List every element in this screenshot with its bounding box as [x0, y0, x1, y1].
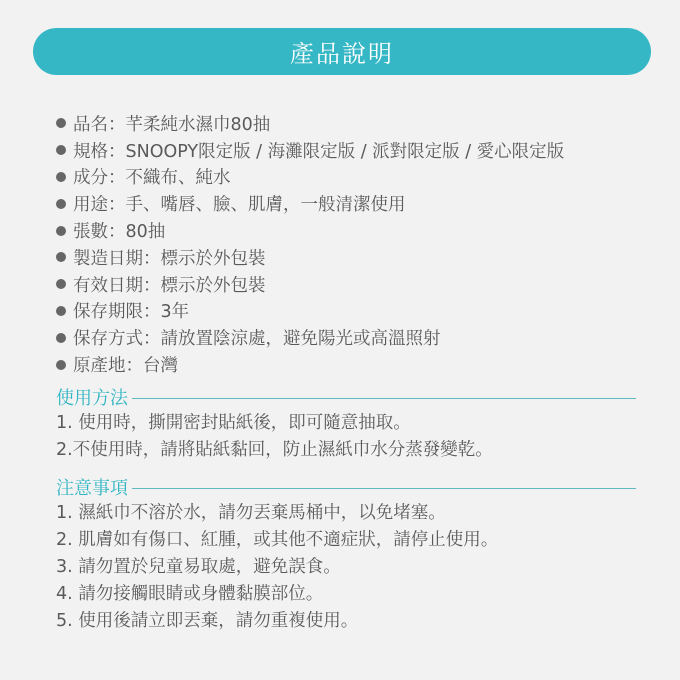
section-divider: [132, 398, 636, 399]
bullet-icon: [56, 360, 66, 370]
bullet-icon: [56, 145, 66, 155]
spec-item-usage: 用途：手、嘴唇、臉、肌膚，一般清潔使用: [56, 190, 564, 217]
caution-item: 4. 請勿接觸眼睛或身體黏膜部位。: [56, 581, 636, 608]
spec-item-shelf-life: 保存期限：3年: [56, 298, 564, 325]
usage-section: 使用方法 1. 使用時，撕開密封貼紙後，即可隨意抽取。 2.不使用時，請將貼紙黏…: [56, 384, 636, 464]
bullet-icon: [56, 252, 66, 262]
usage-step: 2.不使用時，請將貼紙黏回，防止濕紙巾水分蒸發變乾。: [56, 437, 636, 464]
header-banner: 產品說明: [33, 28, 651, 75]
bullet-icon: [56, 118, 66, 128]
caution-items: 1. 濕紙巾不溶於水，請勿丟棄馬桶中，以免堵塞。 2. 肌膚如有傷口、紅腫，或其…: [56, 500, 636, 635]
spec-item-variants: 規格：SNOOPY限定版 / 海灘限定版 / 派對限定版 / 愛心限定版: [56, 137, 564, 164]
spec-text: 保存期限：3年: [73, 298, 189, 323]
cautions-section-title: 注意事項: [56, 474, 128, 500]
spec-item-storage: 保存方式：請放置陰涼處，避免陽光或高溫照射: [56, 324, 564, 351]
spec-text: 張數：80抽: [73, 218, 165, 243]
caution-item: 3. 請勿置於兒童易取處，避免誤食。: [56, 554, 636, 581]
section-divider: [132, 488, 636, 489]
spec-text: 規格：SNOOPY限定版 / 海灘限定版 / 派對限定版 / 愛心限定版: [73, 138, 564, 163]
spec-item-origin: 原產地：台灣: [56, 351, 564, 378]
spec-text: 原產地：台灣: [73, 352, 178, 377]
bullet-icon: [56, 306, 66, 316]
cautions-section-header: 注意事項: [56, 474, 636, 500]
spec-item-name: 品名：芊柔純水濕巾80抽: [56, 110, 564, 137]
bullet-icon: [56, 279, 66, 289]
caution-item: 1. 濕紙巾不溶於水，請勿丟棄馬桶中，以免堵塞。: [56, 500, 636, 527]
caution-item: 2. 肌膚如有傷口、紅腫，或其他不適症狀，請停止使用。: [56, 527, 636, 554]
cautions-section: 注意事項 1. 濕紙巾不溶於水，請勿丟棄馬桶中，以免堵塞。 2. 肌膚如有傷口、…: [56, 474, 636, 635]
spec-item-expiry-date: 有效日期：標示於外包裝: [56, 271, 564, 298]
spec-text: 品名：芊柔純水濕巾80抽: [73, 111, 270, 136]
spec-text: 製造日期：標示於外包裝: [73, 245, 266, 270]
spec-text: 成分：不織布、純水: [73, 164, 231, 189]
bullet-icon: [56, 199, 66, 209]
usage-step: 1. 使用時，撕開密封貼紙後，即可隨意抽取。: [56, 410, 636, 437]
usage-section-title: 使用方法: [56, 384, 128, 410]
bullet-icon: [56, 172, 66, 182]
usage-section-header: 使用方法: [56, 384, 636, 410]
page-title: 產品說明: [290, 34, 394, 69]
spec-list: 品名：芊柔純水濕巾80抽 規格：SNOOPY限定版 / 海灘限定版 / 派對限定…: [56, 110, 564, 378]
spec-item-count: 張數：80抽: [56, 217, 564, 244]
spec-text: 用途：手、嘴唇、臉、肌膚，一般清潔使用: [73, 191, 406, 216]
spec-item-ingredients: 成分：不織布、純水: [56, 164, 564, 191]
caution-item: 5. 使用後請立即丟棄，請勿重複使用。: [56, 608, 636, 635]
usage-steps: 1. 使用時，撕開密封貼紙後，即可隨意抽取。 2.不使用時，請將貼紙黏回，防止濕…: [56, 410, 636, 464]
spec-text: 保存方式：請放置陰涼處，避免陽光或高溫照射: [73, 325, 441, 350]
spec-item-manufacture-date: 製造日期：標示於外包裝: [56, 244, 564, 271]
bullet-icon: [56, 226, 66, 236]
spec-text: 有效日期：標示於外包裝: [73, 272, 266, 297]
bullet-icon: [56, 333, 66, 343]
